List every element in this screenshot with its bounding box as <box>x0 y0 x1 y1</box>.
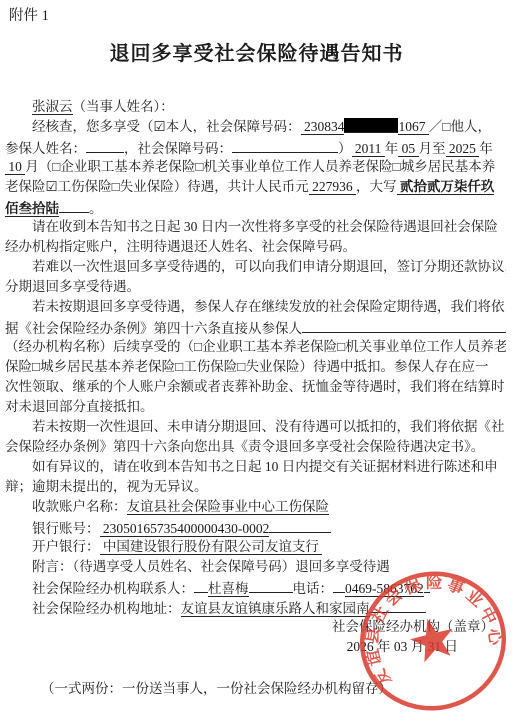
objection-line-1: 如有异议的，请在收到本告知书之日起 10 日内提交有关证据材料进行陈述和申 <box>5 457 506 477</box>
text-run: 若未按期一次性退回、未申请分期退回、没有待遇可以抵扣的，我们将依据《社 <box>32 419 505 434</box>
text-run: 开户银行： <box>32 539 100 554</box>
overpayment-line-2: 参保人姓名：，社会保障号码：） 2011 年 05 月至 2025 年 <box>5 137 506 157</box>
org-seal-line: 社会保险经办机构（盖章） <box>5 617 506 637</box>
checkbox-work-injury-checked: ☑ <box>46 179 58 194</box>
copies-note-line: （一式两份：一份送当事人，一份社会保险经办机构留存） <box>41 679 506 699</box>
text-run: 年 <box>385 141 399 156</box>
text-run: ，社会保障号码： <box>124 141 232 156</box>
insured-name-blank <box>86 137 124 153</box>
address-line: 社会保险经办机构地址：友谊县友谊镇康乐路人和家园南 <box>5 597 506 617</box>
deduction-line-1: 若未按期退回多享受待遇，参保人存在继续发放的社会保险定期待遇，我们将依 <box>5 297 506 317</box>
return-instruction-line-1: 请在收到本告知书之日起 30 日内一次性将多享受的社会保险待遇退回社会保险 <box>5 217 506 237</box>
issue-date-line: 2026 年 03 月 31 日 <box>5 637 506 657</box>
text-run: 辩；逾期未提出的，视为无异议。 <box>5 479 208 494</box>
text-run: 经核查，您多享受（ <box>32 119 154 134</box>
deduction-line-3: （经办机构名称）后续享受的（□企业职工基本养老保险□机关事业单位工作人员养老 <box>5 337 506 357</box>
return-instruction-line-2: 经办机构指定账户，注明待遇退还人姓名、社会保障号码。 <box>5 237 506 257</box>
text-run: 若难以一次性退回多享受待遇的，可以向我们申请分期退回，签订分期还款协议， <box>32 259 506 274</box>
text-run: 工伤保险□失业保险）待遇，共计人民币元 <box>58 179 309 194</box>
text-run: 请在收到本告知书之日起 30 日内一次性将多享受的社会保险待遇退回社会保险 <box>32 219 498 234</box>
period-start-year: 2011 <box>352 141 385 157</box>
text-run: 本人，社会保障号码： <box>166 119 301 134</box>
text-run: 月（□企业职工基本养老保险□机关事业单位工作人员养老保险□城乡居民基本养 <box>25 159 495 174</box>
amount-capital-part2: 佰叁拾陆 <box>5 201 59 217</box>
deduction-line-4: 保险□城乡居民基本养老保险□工伤保险□失业保险）待遇中抵扣。参保人存在应一 <box>5 357 506 377</box>
overpayment-line-5: 佰叁拾陆。 <box>5 197 506 217</box>
overpayment-line-3: 10 月（□企业职工基本养老保险□机关事业单位工作人员养老保险□城乡居民基本养 <box>5 157 506 177</box>
attachment-label: 附件 1 <box>0 0 513 25</box>
amount-digits: 227936 <box>309 179 356 195</box>
text-run: 电话： <box>293 581 334 596</box>
remark-line: 附言：（待遇享受人员姓名、社会保障号码）退回多享受待遇 <box>5 557 506 577</box>
bank-account-number-line: 银行账号： 23050165735400000430-0002 <box>5 517 506 537</box>
ssn-prefix: 230834 <box>301 119 345 135</box>
text-run: 银行账号： <box>32 521 100 536</box>
text-run: 保险□城乡居民基本养老保险□工伤保险□失业保险）待遇中抵扣。参保人存在应一 <box>5 359 488 374</box>
deduction-line-5: 次性领取、继承的个人账户余额或者丧葬补助金、抚恤金等待遇时，我们将在结算时 <box>5 377 506 397</box>
period-end-month: 10 <box>5 159 25 175</box>
text-run: 若未按期退回多享受待遇，参保人存在继续发放的社会保险定期待遇，我们将依 <box>32 299 505 314</box>
notice-page: 附件 1 退回多享受社会保险待遇告知书 张淑云（当事人姓名）：经核查，您多享受（… <box>0 0 513 720</box>
seal-caption: 社会保险经办机构（盖章） <box>332 619 494 634</box>
text-run: 分期退回多享受待遇。 <box>5 279 140 294</box>
blank-field <box>194 577 208 593</box>
blank-field <box>333 577 345 593</box>
blank-field <box>269 517 331 533</box>
blank-field <box>424 577 430 593</box>
text-run: 。 <box>89 201 103 216</box>
objection-line-2: 辩；逾期未提出的，视为无异议。 <box>5 477 506 497</box>
deduction-line-6: 对未退回部分直接抵扣。 <box>5 397 506 417</box>
period-end-year: 2025 <box>446 141 480 157</box>
text-run: 老保险 <box>5 179 46 194</box>
text-run: 对未退回部分直接抵扣。 <box>5 399 154 414</box>
copies-note: （一式两份：一份送当事人，一份社会保险经办机构留存） <box>41 681 392 696</box>
overpayment-line-4: 老保险☑工伤保险□失业保险）待遇，共计人民币元 227936 ，大写 贰拾贰万柒… <box>5 177 506 197</box>
bank-name: 中国建设银行股份有限公司友谊支行 <box>100 539 323 555</box>
issue-date: 2026 年 03 月 31 日 <box>347 639 458 654</box>
decision-line-1: 若未按期一次性退回、未申请分期退回、没有待遇可以抵扣的，我们将依据《社 <box>5 417 506 437</box>
text-run: 附言：（待遇享受人员姓名、社会保障号码）退回多享受待遇 <box>32 559 390 574</box>
agency-name-blank <box>302 317 506 333</box>
text-run: 经办机构指定账户，注明待遇退还人姓名、社会保障号码。 <box>5 239 356 254</box>
party-name: 张淑云 <box>32 99 73 115</box>
text-run: 年 <box>479 141 493 156</box>
text-run: 参保人姓名： <box>5 141 86 156</box>
document-body: 张淑云（当事人姓名）：经核查，您多享受（☑本人，社会保障号码： 23083410… <box>0 97 513 699</box>
text-run: 社会保险经办机构联系人： <box>32 581 194 596</box>
contact-phone: 0469-5863762 <box>345 581 424 597</box>
overpayment-line-1: 经核查，您多享受（☑本人，社会保障号码： 2308341067 ／□他人， <box>5 117 506 137</box>
blank-field <box>249 577 293 593</box>
payee-account-name-line: 收款账户名称：友谊县社会保险事业中心工伤保险 <box>5 497 506 517</box>
payee-account-name: 友谊县社会保险事业中心工伤保险 <box>127 499 330 515</box>
contact-name: 杜喜梅 <box>208 581 249 597</box>
deduction-line-2: 据《社会保险经办条例》第四十六条直接从参保人在 <box>5 317 506 337</box>
text-run: 月至 <box>419 141 446 156</box>
blank-field <box>370 597 426 613</box>
text-run: 如有异议的，请在收到本告知书之日起 10 日内提交有关证据材料进行陈述和申 <box>32 459 498 474</box>
text-run: 他人， <box>451 119 492 134</box>
text-run: 收款账户名称： <box>32 499 127 514</box>
checkbox-other-unchecked: □ <box>442 119 450 134</box>
installment-line-1: 若难以一次性退回多享受待遇的，可以向我们申请分期退回，签订分期还款协议， <box>5 257 506 277</box>
agency-address: 友谊县友谊镇康乐路人和家园南 <box>181 601 370 617</box>
contact-line: 社会保险经办机构联系人：杜喜梅电话：0469-5863762 <box>5 577 506 597</box>
text-run: ／ <box>429 119 443 134</box>
ssn-suffix: 1067 <box>398 119 428 135</box>
decision-line-2: 会保险经办条例》第四十六条向您出具《责令退回多享受社会保险待遇决定书》。 <box>5 437 506 457</box>
blank-field <box>59 197 89 213</box>
text-run: ，大写 <box>356 179 397 194</box>
text-run: ） <box>338 141 352 156</box>
text-run: 社会保险经办机构地址： <box>32 601 181 616</box>
text-run: 次性领取、继承的个人账户余额或者丧葬补助金、抚恤金等待遇时，我们将在结算时 <box>5 379 505 394</box>
bank-account-number: 23050165735400000430-0002 <box>100 521 270 537</box>
checkbox-self-checked: ☑ <box>154 119 166 134</box>
amount-capital-part1: 贰拾贰万柒仟玖 <box>397 179 495 195</box>
text-run: （经办机构名称）后续享受的（□企业职工基本养老保险□机关事业单位工作人员养老 <box>5 339 506 354</box>
installment-line-2: 分期退回多享受待遇。 <box>5 277 506 297</box>
text-run: 会保险经办条例》第四十六条向您出具《责令退回多享受社会保险待遇决定书》。 <box>5 439 484 454</box>
party-name-line: 张淑云（当事人姓名）： <box>5 97 506 117</box>
insured-ssn-blank <box>232 137 338 153</box>
text-run: 据《社会保险经办条例》第四十六条直接从参保人 <box>5 321 302 336</box>
text-run: （当事人姓名）： <box>73 99 174 114</box>
bank-name-line: 开户银行： 中国建设银行股份有限公司友谊支行 <box>5 537 506 557</box>
page-title: 退回多享受社会保险待遇告知书 <box>0 41 513 67</box>
period-start-month: 05 <box>398 141 418 157</box>
ssn-redaction <box>344 118 398 133</box>
